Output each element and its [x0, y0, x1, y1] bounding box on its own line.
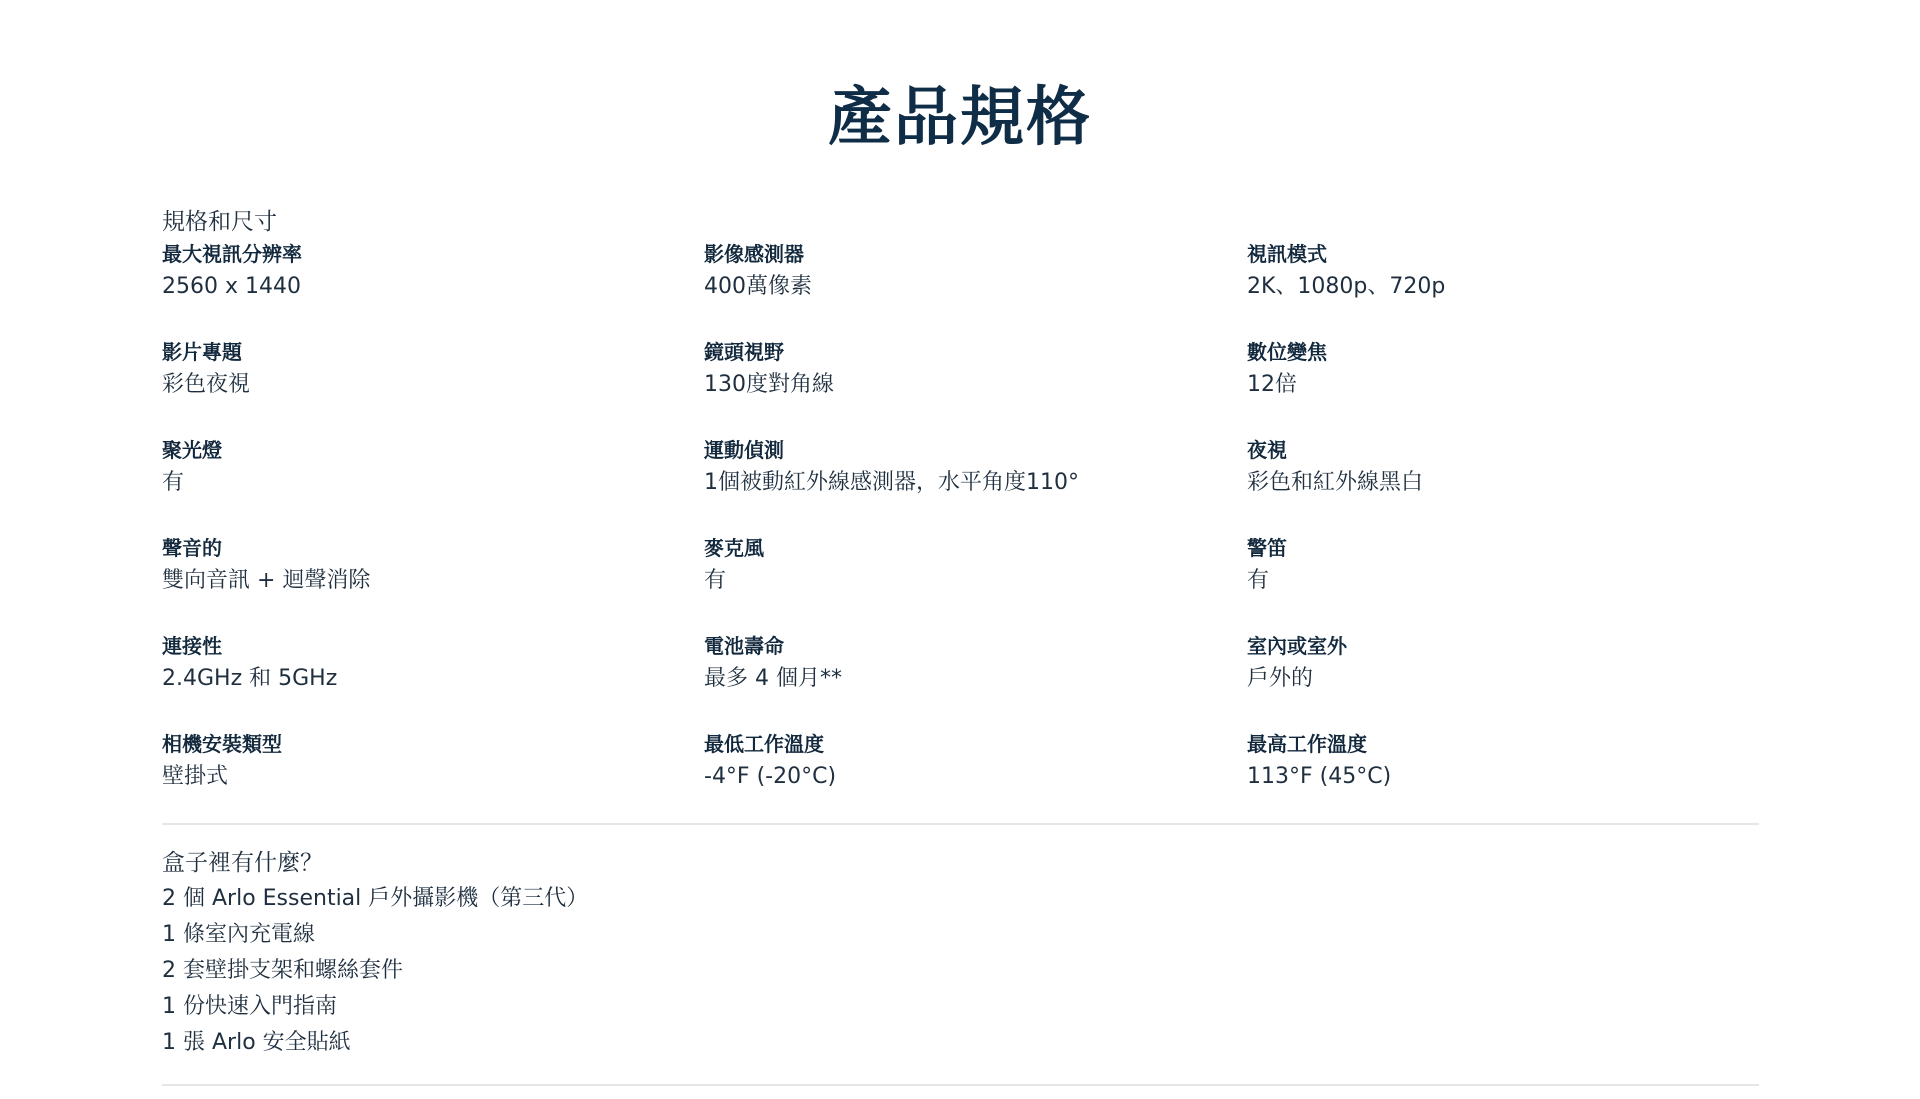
- spec-label: 連接性: [162, 631, 704, 661]
- spec-value: 130度對角線: [704, 367, 1247, 403]
- spec-value: 有: [162, 465, 704, 501]
- spec-value: 1個被動紅外線感測器，水平角度110°: [704, 465, 1247, 501]
- spec-value: 113°F (45°C): [1247, 759, 1759, 795]
- divider: [162, 823, 1759, 825]
- in-the-box-section: 盒子裡有什麼？ 2 個 Arlo Essential 戶外攝影機（第三代） 1 …: [162, 845, 588, 1061]
- box-item: 2 個 Arlo Essential 戶外攝影機（第三代）: [162, 881, 588, 917]
- spec-label: 室內或室外: [1247, 631, 1759, 661]
- box-item: 1 張 Arlo 安全貼紙: [162, 1025, 588, 1061]
- spec-value: 400萬像素: [704, 269, 1247, 305]
- divider: [162, 1084, 1759, 1086]
- spec-mount-type: 相機安裝類型 壁掛式: [162, 729, 704, 827]
- spec-label: 數位變焦: [1247, 337, 1759, 367]
- spec-label: 視訊模式: [1247, 239, 1759, 269]
- spec-label: 聚光燈: [162, 435, 704, 465]
- spec-label: 聲音的: [162, 533, 704, 563]
- spec-microphone: 麥克風 有: [704, 533, 1247, 631]
- box-item: 1 份快速入門指南: [162, 989, 588, 1025]
- in-the-box-heading: 盒子裡有什麼？: [162, 845, 588, 881]
- spec-label: 相機安裝類型: [162, 729, 704, 759]
- box-item: 1 條室內充電線: [162, 917, 588, 953]
- spec-label: 運動偵測: [704, 435, 1247, 465]
- spec-value: 有: [704, 563, 1247, 599]
- spec-label: 警笛: [1247, 533, 1759, 563]
- spec-value: 戶外的: [1247, 661, 1759, 697]
- spec-night-vision: 夜視 彩色和紅外線黑白: [1247, 435, 1759, 533]
- spec-value: 雙向音訊 + 迴聲消除: [162, 563, 704, 599]
- spec-value: 最多 4 個月**: [704, 661, 1247, 697]
- spec-max-video-resolution: 最大視訊分辨率 2560 x 1440: [162, 239, 704, 337]
- spec-battery-life: 電池壽命 最多 4 個月**: [704, 631, 1247, 729]
- box-item: 2 套壁掛支架和螺絲套件: [162, 953, 588, 989]
- spec-video-features: 影片專題 彩色夜視: [162, 337, 704, 435]
- spec-siren: 警笛 有: [1247, 533, 1759, 631]
- spec-audio: 聲音的 雙向音訊 + 迴聲消除: [162, 533, 704, 631]
- spec-spotlight: 聚光燈 有: [162, 435, 704, 533]
- spec-value: 12倍: [1247, 367, 1759, 403]
- specs-section-heading: 規格和尺寸: [162, 205, 1759, 239]
- specs-section: 規格和尺寸 最大視訊分辨率 2560 x 1440 影像感測器 400萬像素 視…: [162, 205, 1759, 827]
- page-title: 產品規格: [0, 73, 1920, 163]
- spec-value: 彩色和紅外線黑白: [1247, 465, 1759, 501]
- spec-field-of-view: 鏡頭視野 130度對角線: [704, 337, 1247, 435]
- spec-label: 最大視訊分辨率: [162, 239, 704, 269]
- spec-label: 最高工作溫度: [1247, 729, 1759, 759]
- spec-max-operating-temp: 最高工作溫度 113°F (45°C): [1247, 729, 1759, 827]
- spec-label: 影片專題: [162, 337, 704, 367]
- spec-value: 2.4GHz 和 5GHz: [162, 661, 704, 697]
- spec-value: 彩色夜視: [162, 367, 704, 403]
- spec-value: 2560 x 1440: [162, 269, 704, 305]
- spec-connectivity: 連接性 2.4GHz 和 5GHz: [162, 631, 704, 729]
- spec-label: 電池壽命: [704, 631, 1247, 661]
- spec-indoor-outdoor: 室內或室外 戶外的: [1247, 631, 1759, 729]
- spec-value: 2K、1080p、720p: [1247, 269, 1759, 305]
- spec-value: 壁掛式: [162, 759, 704, 795]
- spec-label: 鏡頭視野: [704, 337, 1247, 367]
- spec-label: 麥克風: [704, 533, 1247, 563]
- spec-value: 有: [1247, 563, 1759, 599]
- spec-label: 影像感測器: [704, 239, 1247, 269]
- spec-motion-detection: 運動偵測 1個被動紅外線感測器，水平角度110°: [704, 435, 1247, 533]
- spec-min-operating-temp: 最低工作溫度 -4°F (-20°C): [704, 729, 1247, 827]
- spec-label: 夜視: [1247, 435, 1759, 465]
- spec-digital-zoom: 數位變焦 12倍: [1247, 337, 1759, 435]
- spec-video-modes: 視訊模式 2K、1080p、720p: [1247, 239, 1759, 337]
- spec-image-sensor: 影像感測器 400萬像素: [704, 239, 1247, 337]
- spec-label: 最低工作溫度: [704, 729, 1247, 759]
- spec-value: -4°F (-20°C): [704, 759, 1247, 795]
- spec-grid: 最大視訊分辨率 2560 x 1440 影像感測器 400萬像素 視訊模式 2K…: [162, 239, 1759, 827]
